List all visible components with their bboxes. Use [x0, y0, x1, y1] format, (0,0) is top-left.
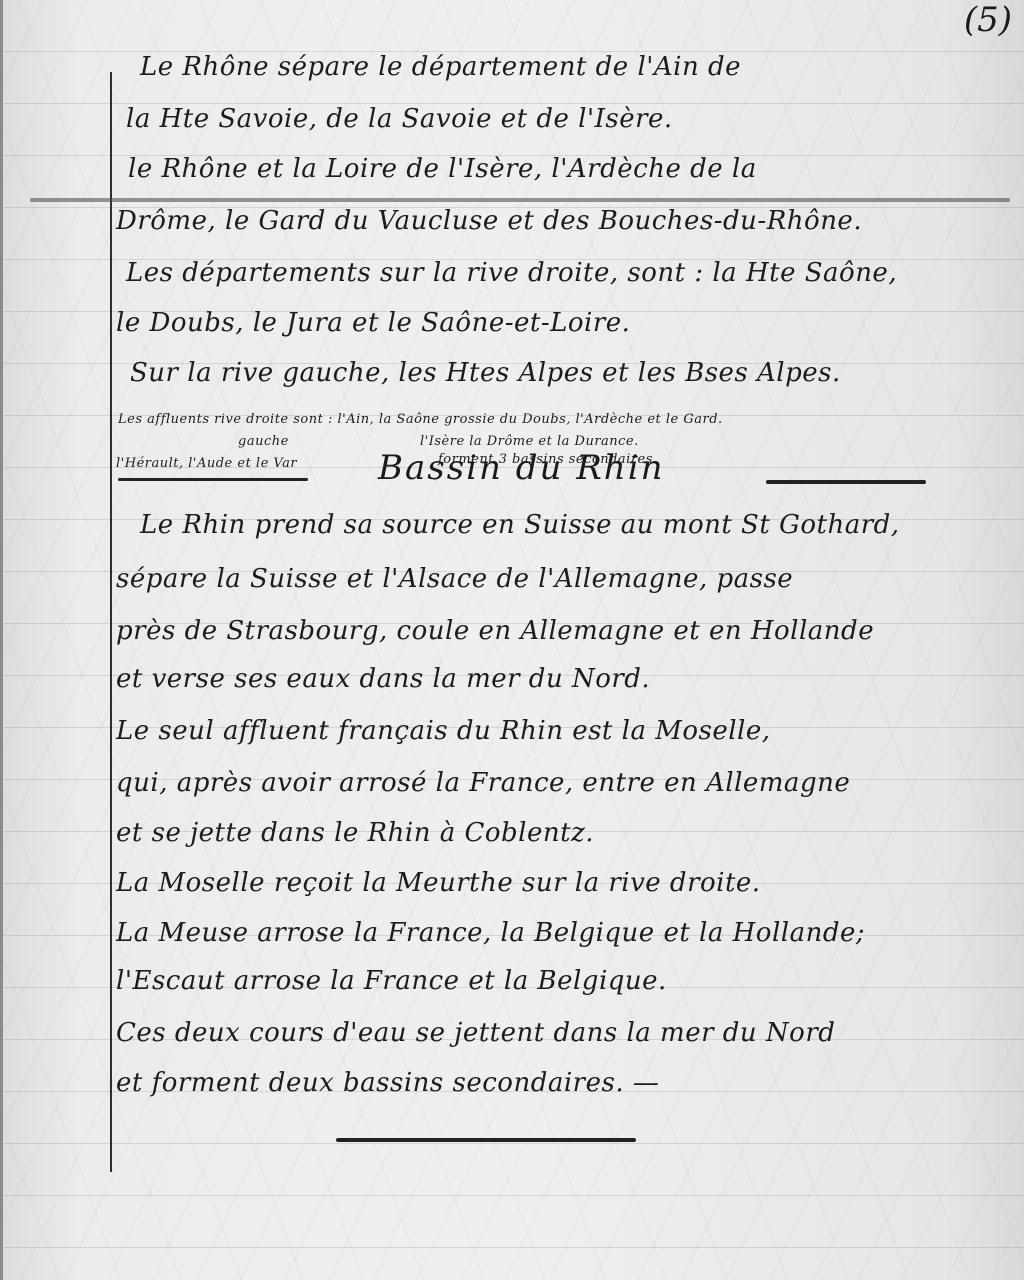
text-line: et forment deux bassins secondaires. —: [116, 1068, 659, 1098]
text-line: près de Strasbourg, coule en Allemagne e…: [116, 616, 874, 646]
closing-rule: [336, 1138, 636, 1142]
annotation-affluents-droite: Les affluents rive droite sont : l'Ain, …: [118, 412, 723, 427]
underline-rule: [118, 478, 308, 481]
text-line: Sur la rive gauche, les Htes Alpes et le…: [130, 358, 841, 388]
annotation-herault: l'Hérault, l'Aude et le Var: [116, 456, 297, 471]
text-line: La Moselle reçoit la Meurthe sur la rive…: [116, 868, 761, 898]
section-heading: Bassin du Rhin: [378, 448, 664, 488]
strikethrough-rule: [30, 198, 1010, 202]
text-line: Le Rhône sépare le département de l'Ain …: [140, 52, 741, 82]
text-line: La Meuse arrose la France, la Belgique e…: [116, 918, 865, 948]
text-line: et verse ses eaux dans la mer du Nord.: [116, 664, 650, 694]
text-line: la Hte Savoie, de la Savoie et de l'Isèr…: [126, 104, 673, 134]
page-number: (5): [964, 0, 1012, 40]
text-line: Ces deux cours d'eau se jettent dans la …: [116, 1018, 835, 1048]
page-edge: [0, 0, 3, 1280]
annotation-gauche: gauche: [238, 434, 289, 449]
text-line: Les départements sur la rive droite, son…: [126, 258, 897, 288]
text-line: Drôme, le Gard du Vaucluse et des Bouche…: [116, 206, 862, 236]
text-line: sépare la Suisse et l'Alsace de l'Allema…: [116, 564, 793, 594]
text-line: et se jette dans le Rhin à Coblentz.: [116, 818, 594, 848]
annotation-affluents-gauche: l'Isère la Drôme et la Durance.: [420, 434, 639, 449]
notebook-page: (5) Le Rhône sépare le département de l'…: [0, 0, 1024, 1280]
text-line: qui, après avoir arrosé la France, entre…: [116, 768, 850, 798]
text-line: le Rhône et la Loire de l'Isère, l'Ardèc…: [128, 154, 757, 184]
text-line: le Doubs, le Jura et le Saône-et-Loire.: [116, 308, 630, 338]
margin-line: [110, 72, 112, 1172]
text-line: Le Rhin prend sa source en Suisse au mon…: [140, 510, 900, 540]
text-line: Le seul affluent français du Rhin est la…: [116, 716, 771, 746]
text-line: l'Escaut arrose la France et la Belgique…: [116, 966, 667, 996]
heading-rule: [766, 480, 926, 484]
